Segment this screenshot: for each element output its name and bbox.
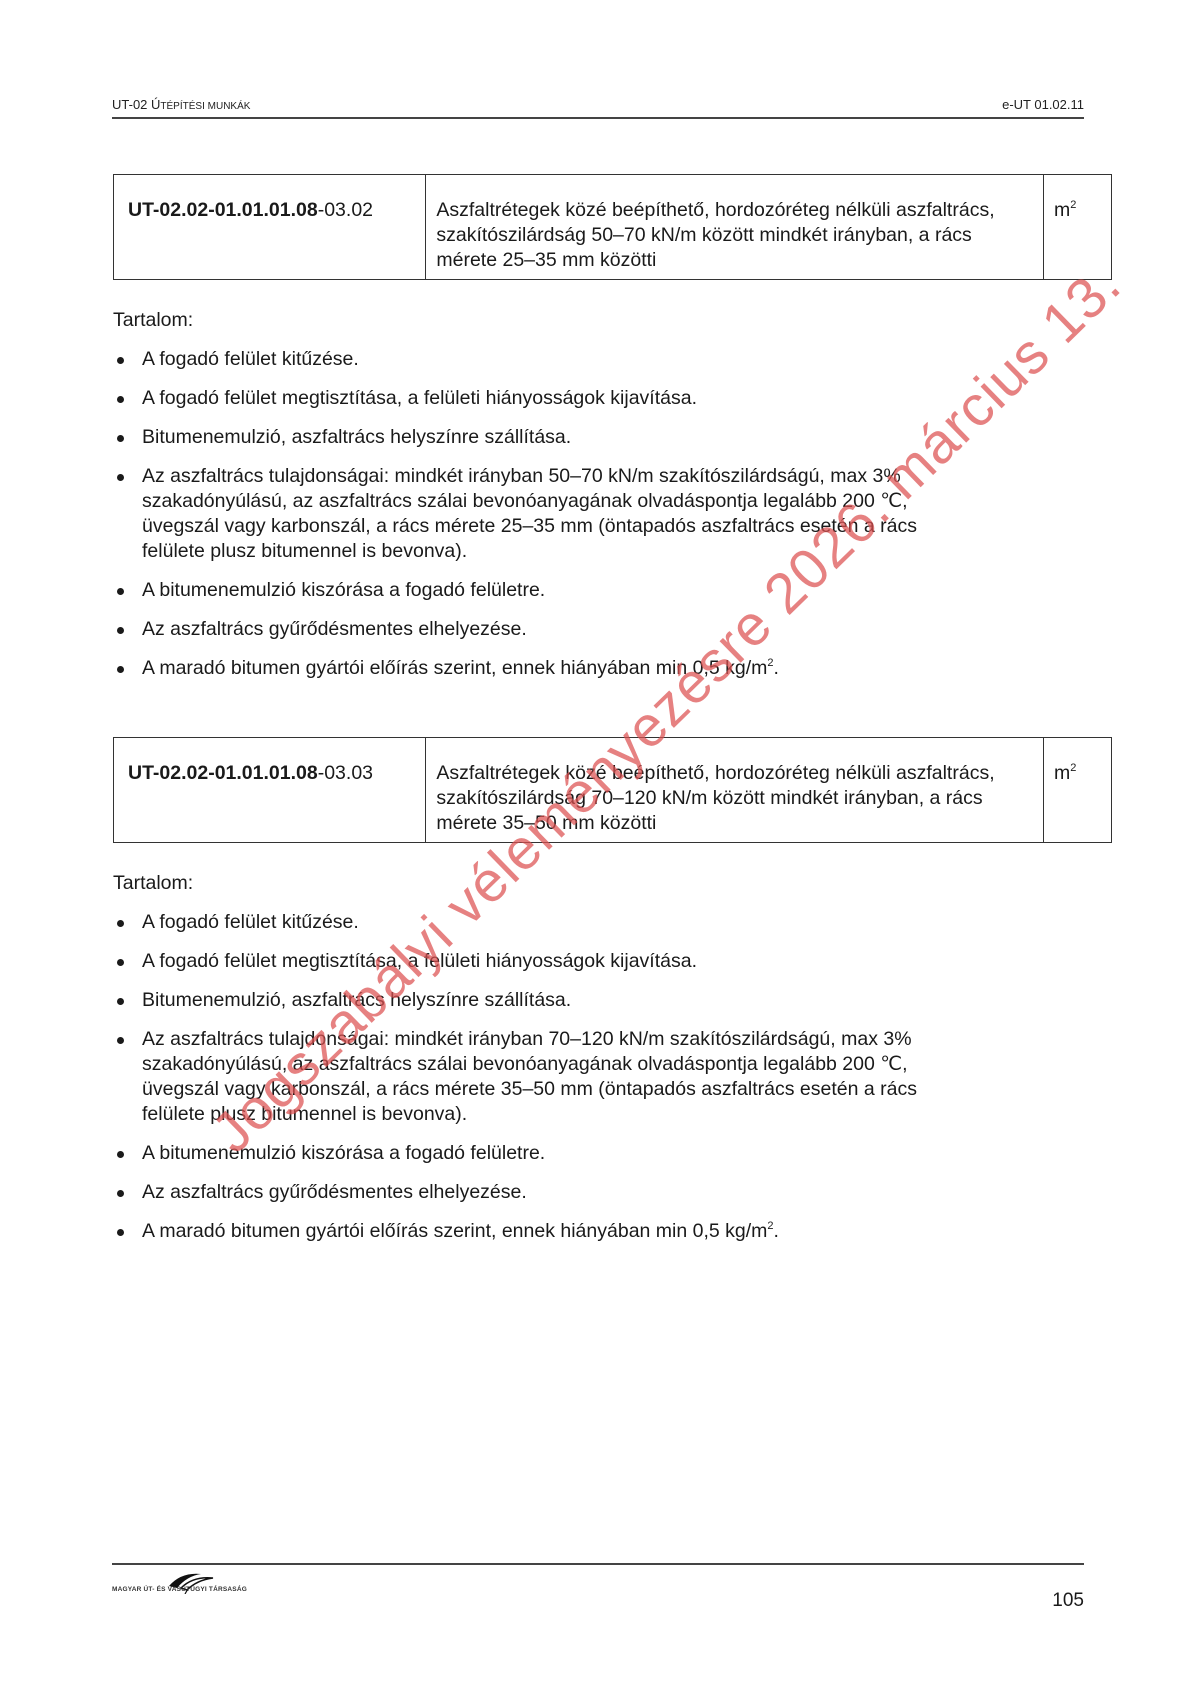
list-item-text: Az aszfaltrács gyűrődésmentes elhelyezés… [142,618,527,640]
footer-logo: MAGYAR ÚT- ÉS VASÚTÜGYI TÁRSASÁG [112,1572,272,1604]
unit-exponent: 2 [1070,762,1076,774]
item-code-bold: UT-02.02-01.01.01.08 [128,762,318,784]
item-table-1: UT-02.02-01.01.01.08-03.02 Aszfaltrétege… [113,174,1112,280]
bullet-icon [117,435,124,442]
bullet-icon [117,959,124,966]
item-code-suffix: -03.03 [318,762,373,784]
list-item: A maradó bitumen gyártói előírás szerint… [113,1219,1013,1244]
bullet-icon [117,920,124,927]
list-item-text: A maradó bitumen gyártói előírás szerint… [142,1220,767,1242]
bullet-icon [117,357,124,364]
page-number: 105 [1052,1590,1084,1612]
item-code-cell: UT-02.02-01.01.01.08-03.03 [114,738,426,843]
item-code-cell: UT-02.02-01.01.01.08-03.02 [114,175,426,280]
list-item: Bitumenemulzió, aszfaltrács helyszínre s… [113,988,1013,1013]
list-item-text: Bitumenemulzió, aszfaltrács helyszínre s… [142,426,571,448]
header-title-prefix: UT-02 Ú [112,97,160,112]
list-item-end: . [774,657,779,679]
list-item: Az aszfaltrács tulajdonságai: mindkét ir… [113,464,962,564]
list-item-text: Bitumenemulzió, aszfaltrács helyszínre s… [142,989,571,1011]
unit-exponent: 2 [1070,199,1076,211]
list-item: A maradó bitumen gyártói előírás szerint… [113,656,1013,681]
list-item-text: A fogadó felület megtisztítása, a felüle… [142,387,697,409]
item-code-bold: UT-02.02-01.01.01.08 [128,199,318,221]
list-item-text: Az aszfaltrács tulajdonságai: mindkét ir… [142,1028,917,1125]
list-item: A fogadó felület megtisztítása, a felüle… [113,386,1013,411]
footer-rule [112,1563,1084,1565]
content-label-2: Tartalom: [113,872,193,895]
unit-base: m [1054,199,1070,221]
unit-base: m [1054,762,1070,784]
list-item: A bitumenemulzió kiszórása a fogadó felü… [113,578,1013,603]
bullet-icon [117,1151,124,1158]
bullet-icon [117,627,124,634]
bullet-icon [117,998,124,1005]
bullet-icon [117,1037,124,1044]
header-doc-id: e-UT 01.02.11 [1002,97,1084,112]
bullet-icon [117,474,124,481]
bullet-icon [117,666,124,673]
list-item: A fogadó felület megtisztítása, a felüle… [113,949,1013,974]
header-rule [112,117,1084,119]
list-item-text: Az aszfaltrács tulajdonságai: mindkét ir… [142,465,917,562]
list-item-text: A bitumenemulzió kiszórása a fogadó felü… [142,579,545,601]
list-item: A fogadó felület kitűzése. [113,347,1013,372]
bullet-icon [117,396,124,403]
item-unit: m2 [1044,175,1112,280]
bullet-icon [117,1229,124,1236]
list-item: Az aszfaltrács gyűrődésmentes elhelyezés… [113,1180,1013,1205]
bullet-icon [117,1190,124,1197]
item-code-suffix: -03.02 [318,199,373,221]
list-item-text: A bitumenemulzió kiszórása a fogadó felü… [142,1142,545,1164]
item-table-2: UT-02.02-01.01.01.08-03.03 Aszfaltrétege… [113,737,1112,843]
page-header: UT-02 ÚTÉPÍTÉSI MUNKÁK e-UT 01.02.11 [112,97,1084,117]
content-list-1: A fogadó felület kitűzése. A fogadó felü… [113,347,1013,695]
header-title-smallcaps: TÉPÍTÉSI MUNKÁK [160,101,250,112]
item-unit: m2 [1044,738,1112,843]
content-label-1: Tartalom: [113,309,193,332]
item-description: Aszfaltrétegek közé beépíthető, hordozór… [426,738,1044,843]
list-item: A bitumenemulzió kiszórása a fogadó felü… [113,1141,1013,1166]
list-item: A fogadó felület kitűzése. [113,910,1013,935]
list-item-text: A fogadó felület kitűzése. [142,911,359,933]
item-description: Aszfaltrétegek közé beépíthető, hordozór… [426,175,1044,280]
list-item-text: A fogadó felület megtisztítása, a felüle… [142,950,697,972]
list-item: Az aszfaltrács tulajdonságai: mindkét ir… [113,1027,962,1127]
bullet-icon [117,588,124,595]
list-item: Bitumenemulzió, aszfaltrács helyszínre s… [113,425,1013,450]
footer-logo-text: MAGYAR ÚT- ÉS VASÚTÜGYI TÁRSASÁG [112,1586,247,1593]
header-title: UT-02 ÚTÉPÍTÉSI MUNKÁK [112,97,250,112]
list-item: Az aszfaltrács gyűrődésmentes elhelyezés… [113,617,1013,642]
list-item-end: . [774,1220,779,1242]
content-list-2: A fogadó felület kitűzése. A fogadó felü… [113,910,1013,1258]
list-item-text: Az aszfaltrács gyűrődésmentes elhelyezés… [142,1181,527,1203]
list-item-text: A fogadó felület kitűzése. [142,348,359,370]
list-item-text: A maradó bitumen gyártói előírás szerint… [142,657,767,679]
